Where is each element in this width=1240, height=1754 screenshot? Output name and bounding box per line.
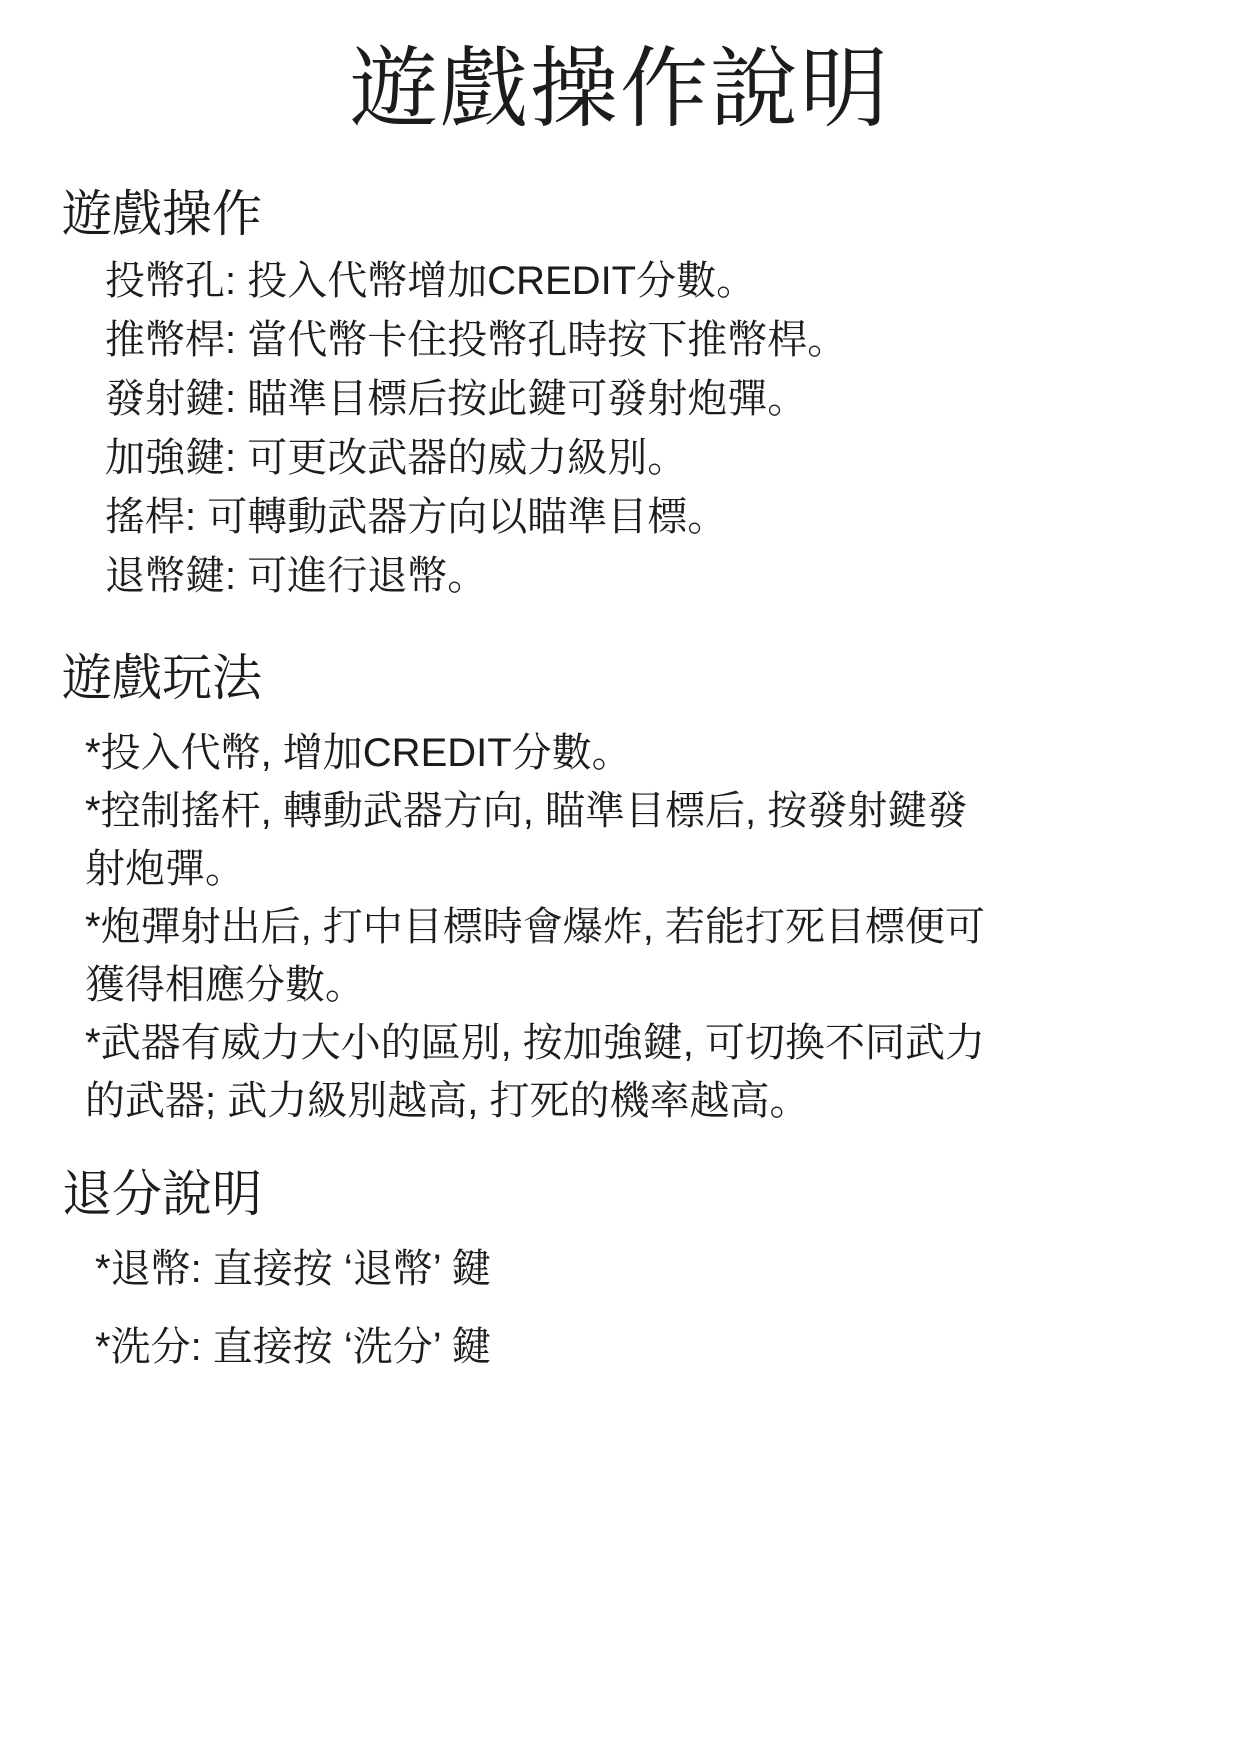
section-controls: 遊戲操作 投幣孔: 投入代幣增加CREDIT分數。 推幣桿: 當代幣卡住投幣孔時… <box>0 184 1240 606</box>
control-item-joystick: 搖桿: 可轉動武器方向以瞄準目標。 <box>105 488 1240 547</box>
control-item-coin-slot: 投幣孔: 投入代幣增加CREDIT分數。 <box>105 252 1240 311</box>
control-item-coin-pusher: 推幣桿: 當代幣卡住投幣孔時按下推幣桿。 <box>105 311 1240 370</box>
control-item-fire-button: 發射鍵: 瞄準目標后按此鍵可發射炮彈。 <box>105 370 1240 429</box>
gameplay-line: 射炮彈。 <box>85 840 1240 898</box>
refund-item-coin-return: *退幣: 直接按 ‘退幣’ 鍵 <box>95 1240 1240 1298</box>
control-item-refund-button: 退幣鍵: 可進行退幣。 <box>105 547 1240 606</box>
gameplay-line: *炮彈射出后, 打中目標時會爆炸, 若能打死目標便可 <box>85 898 1240 956</box>
section-refund: 退分說明 *退幣: 直接按 ‘退幣’ 鍵 *洗分: 直接按 ‘洗分’ 鍵 <box>0 1164 1240 1376</box>
gameplay-line: 獲得相應分數。 <box>85 956 1240 1014</box>
gameplay-line: *控制搖杆, 轉動武器方向, 瞄準目標后, 按發射鍵發 <box>85 782 1240 840</box>
gameplay-line: *投入代幣, 增加CREDIT分數。 <box>85 724 1240 782</box>
gameplay-list: *投入代幣, 增加CREDIT分數。 *控制搖杆, 轉動武器方向, 瞄準目標后,… <box>85 724 1240 1130</box>
section-gameplay: 遊戲玩法 *投入代幣, 增加CREDIT分數。 *控制搖杆, 轉動武器方向, 瞄… <box>0 648 1240 1130</box>
gameplay-line: 的武器; 武力級別越高, 打死的機率越高。 <box>85 1072 1240 1130</box>
section-refund-heading: 退分說明 <box>0 1164 1240 1224</box>
section-controls-heading: 遊戲操作 <box>0 184 1240 244</box>
instruction-page: 遊戲操作說明 遊戲操作 投幣孔: 投入代幣增加CREDIT分數。 推幣桿: 當代… <box>0 0 1240 1754</box>
refund-item-score-clear: *洗分: 直接按 ‘洗分’ 鍵 <box>95 1318 1240 1376</box>
section-gameplay-heading: 遊戲玩法 <box>0 648 1240 708</box>
page-title: 遊戲操作說明 <box>0 0 1240 142</box>
controls-list: 投幣孔: 投入代幣增加CREDIT分數。 推幣桿: 當代幣卡住投幣孔時按下推幣桿… <box>105 252 1240 606</box>
control-item-power-button: 加強鍵: 可更改武器的威力級別。 <box>105 429 1240 488</box>
refund-list: *退幣: 直接按 ‘退幣’ 鍵 *洗分: 直接按 ‘洗分’ 鍵 <box>95 1240 1240 1376</box>
gameplay-line: *武器有威力大小的區別, 按加強鍵, 可切換不同武力 <box>85 1014 1240 1072</box>
